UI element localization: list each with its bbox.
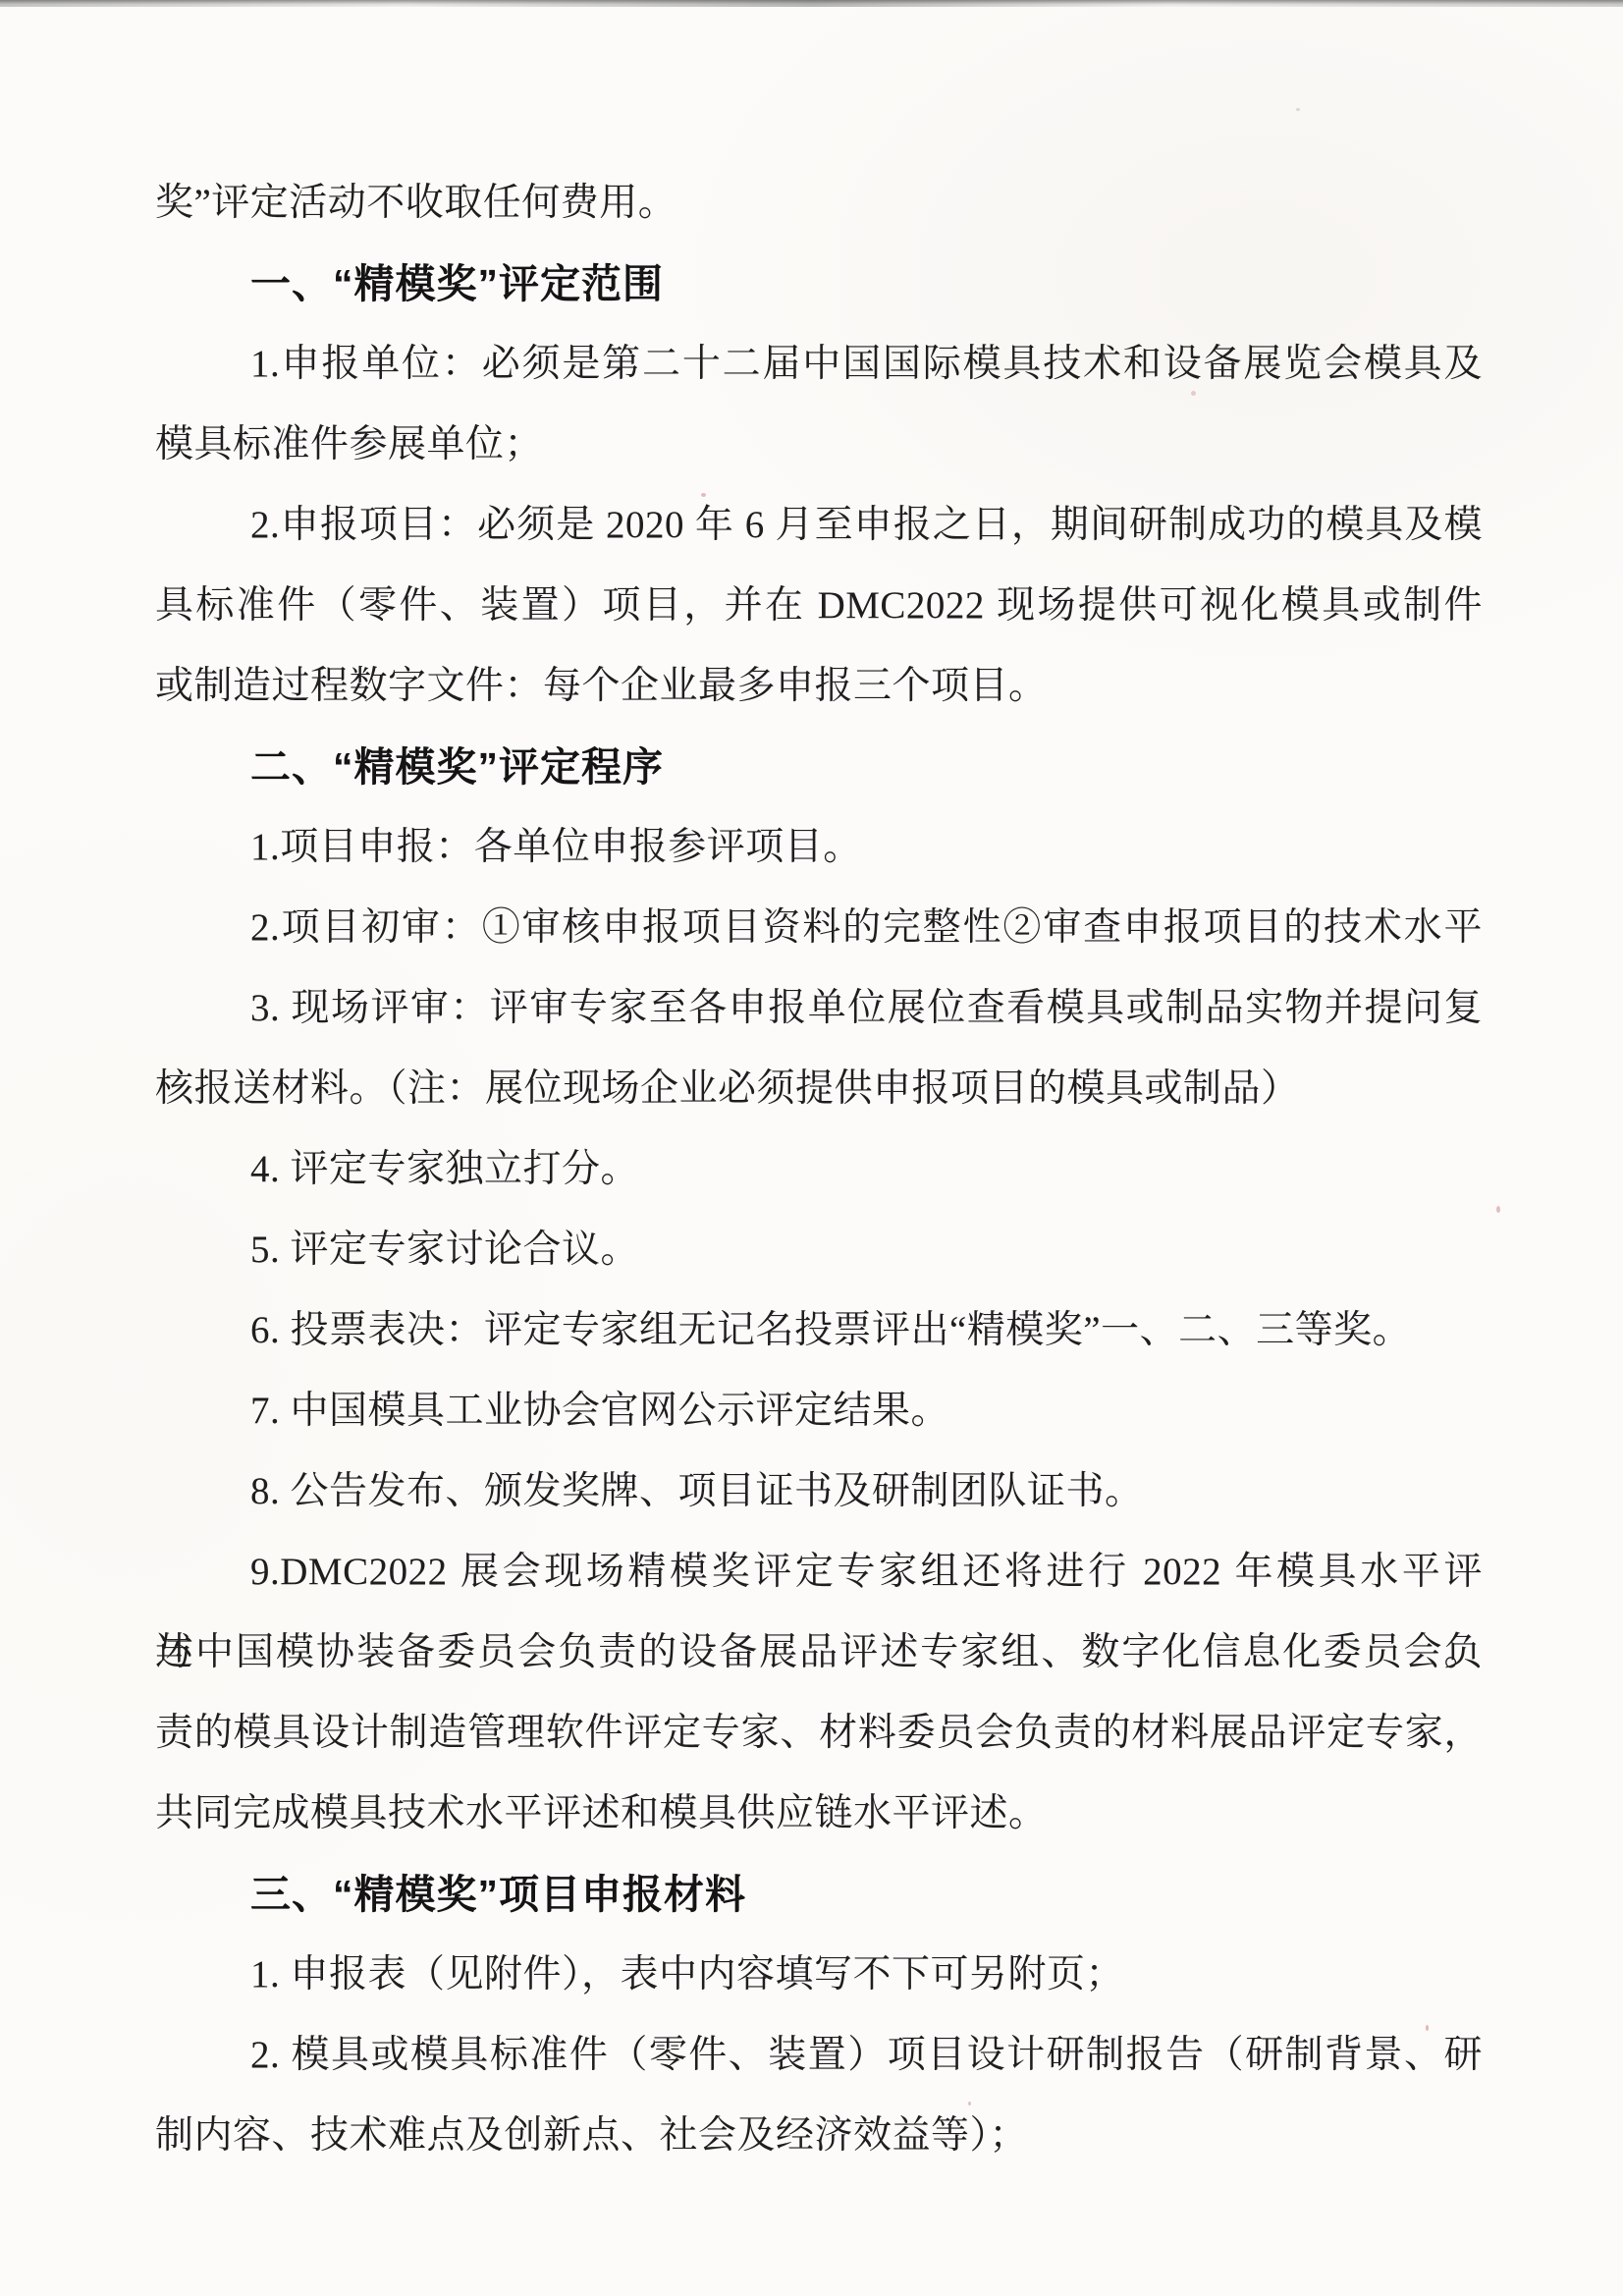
- text-line: 9.DMC2022 展会现场精模奖评定专家组还将进行 2022 年模具水平评述。: [155, 1532, 1483, 1613]
- document-body: 奖”评定活动不收取任何费用。一、“精模奖”评定范围1.申报单位：必须是第二十二届…: [155, 163, 1483, 2176]
- text-line: 与中国模协装备委员会负责的设备展品评述专家组、数字化信息化委员会负: [155, 1613, 1483, 1693]
- text-line: 2.申报项目：必须是 2020 年 6 月至申报之日，期间研制成功的模具及模: [155, 485, 1483, 566]
- section-heading: 二、“精模奖”评定程序: [155, 727, 1483, 807]
- text-line: 2. 模具或模具标准件（零件、装置）项目设计研制报告（研制背景、研: [155, 2015, 1483, 2096]
- text-line: 1. 申报表（见附件），表中内容填写不下可另附页；: [155, 1935, 1483, 2015]
- scanned-document-page: { "page": { "type": "scanned-document-pa…: [0, 0, 1623, 2296]
- scan-speckle: [1496, 1206, 1500, 1213]
- section-heading: 一、“精模奖”评定范围: [155, 244, 1483, 324]
- text-line: 责的模具设计制造管理软件评定专家、材料委员会负责的材料展品评定专家，: [155, 1693, 1483, 1774]
- text-line: 5. 评定专家讨论合议。: [155, 1210, 1483, 1290]
- text-line: 共同完成模具技术水平评述和模具供应链水平评述。: [155, 1774, 1483, 1854]
- text-line: 4. 评定专家独立打分。: [155, 1129, 1483, 1210]
- text-line: 2.项目初审：①审核申报项目资料的完整性②审查申报项目的技术水平: [155, 888, 1483, 968]
- text-line: 模具标准件参展单位；: [155, 405, 1483, 485]
- text-line: 8. 公告发布、颁发奖牌、项目证书及研制团队证书。: [155, 1451, 1483, 1532]
- text-line: 1.申报单位：必须是第二十二届中国国际模具技术和设备展览会模具及: [155, 324, 1483, 405]
- text-line: 奖”评定活动不收取任何费用。: [155, 163, 1483, 244]
- text-line: 7. 中国模具工业协会官网公示评定结果。: [155, 1371, 1483, 1451]
- text-line: 6. 投票表决：评定专家组无记名投票评出“精模奖”一、二、三等奖。: [155, 1290, 1483, 1371]
- section-heading: 三、“精模奖”项目申报材料: [155, 1854, 1483, 1935]
- text-line: 或制造过程数字文件：每个企业最多申报三个项目。: [155, 646, 1483, 727]
- text-line: 具标准件（零件、装置）项目，并在 DMC2022 现场提供可视化模具或制件: [155, 566, 1483, 646]
- text-line: 制内容、技术难点及创新点、社会及经济效益等）；: [155, 2096, 1483, 2176]
- text-line: 核报送材料。（注：展位现场企业必须提供申报项目的模具或制品）: [155, 1049, 1483, 1129]
- text-line: 1.项目申报：各单位申报参评项目。: [155, 807, 1483, 888]
- scan-edge-artifact: [0, 0, 1623, 7]
- text-line: 3. 现场评审：评审专家至各申报单位展位查看模具或制品实物并提问复: [155, 968, 1483, 1049]
- scan-speckle: [1296, 108, 1300, 111]
